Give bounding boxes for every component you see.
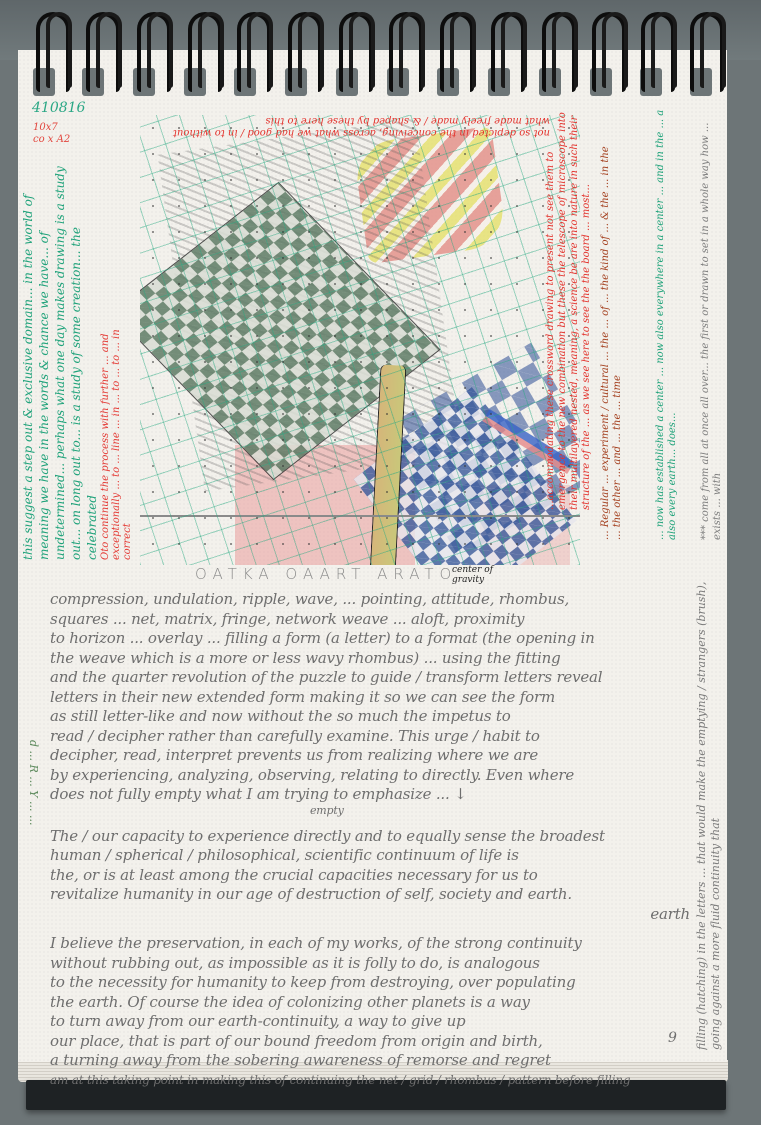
top-red-note: not so depicted in the conceiving, acros… <box>170 98 550 138</box>
text-line: to the necessity for humanity to keep fr… <box>50 973 690 993</box>
text-line: our place, that is part of our bound fre… <box>50 1032 690 1052</box>
right-red-note: ...accommodating these crossword drawing… <box>545 110 605 510</box>
right-green-note: ... now has established a center ... now… <box>655 100 695 540</box>
text-line: The / our capacity to experience directl… <box>50 827 690 847</box>
coil-ring <box>36 12 70 92</box>
text-line: compression, undulation, ripple, wave, .… <box>50 590 690 610</box>
coil-ring <box>86 12 120 92</box>
text-line: squares ... net, matrix, fringe, network… <box>50 610 690 630</box>
text-line: I believe the preservation, in each of m… <box>50 934 690 954</box>
paragraph-1: compression, undulation, ripple, wave, .… <box>50 590 690 817</box>
text-line: the weave which is a more or less wavy r… <box>50 649 690 669</box>
text-line: empty <box>50 805 690 817</box>
coil-ring <box>237 12 271 92</box>
page-number: 9 <box>668 1030 677 1046</box>
text-line: without rubbing out, as impossible as it… <box>50 954 690 974</box>
artwork-drawing <box>140 115 580 565</box>
coil-ring <box>542 12 576 92</box>
right-gray-note: *** come from all at once all over... th… <box>700 100 730 540</box>
text-line: by experiencing, analyzing, observing, r… <box>50 766 690 786</box>
coil-ring <box>288 12 322 92</box>
text-line: earth <box>50 905 690 925</box>
medium-value: co x A2 <box>33 134 70 146</box>
right-margin-pencil-note: filling (hatching) in the letters ... th… <box>695 580 731 1050</box>
coil-ring <box>690 12 724 92</box>
handwritten-text: compression, undulation, ripple, wave, .… <box>50 590 690 1100</box>
text-line: decipher, read, interpret prevents us fr… <box>50 746 690 766</box>
text-line: the earth. Of course the idea of coloniz… <box>50 993 690 1013</box>
text-line: revitalize humanity in our age of destru… <box>50 885 690 905</box>
coil-ring <box>137 12 171 92</box>
coil-ring <box>592 12 626 92</box>
coil-ring <box>389 12 423 92</box>
text-line: a turning away from the sobering awarene… <box>50 1051 690 1071</box>
text-line: as still letter-like and now without the… <box>50 707 690 727</box>
text-line: to horizon ... overlay ... filling a for… <box>50 629 690 649</box>
size-note: 10x7 co x A2 <box>33 122 70 146</box>
drawing-title: OATKA OAART ARATO <box>195 565 457 583</box>
text-line: letters in their new extended form makin… <box>50 688 690 708</box>
coil-ring <box>491 12 525 92</box>
date-note: 410816 <box>32 100 85 116</box>
left-red-note: Oto continue the process with further ..… <box>100 300 150 560</box>
center-of-gravity-label: center of gravity <box>452 565 512 585</box>
coil-ring <box>188 12 222 92</box>
size-value: 10x7 <box>33 122 70 134</box>
text-line: am at this taking point in making this o… <box>50 1071 690 1091</box>
right-brown-note: ... Regular ... experiment / cultural ..… <box>600 140 640 540</box>
text-line: the, or is at least among the crucial ca… <box>50 866 690 886</box>
text-line: human / spherical / philosophical, scien… <box>50 846 690 866</box>
left-margin-marks: d ... R ... Y ... ... <box>18 740 40 1050</box>
dot-grid <box>140 115 580 565</box>
coil-ring <box>641 12 675 92</box>
paragraph-2: The / our capacity to experience directl… <box>50 827 690 925</box>
text-line: to turn away from our earth-continuity, … <box>50 1012 690 1032</box>
text-line: does not fully empty what I am trying to… <box>50 785 690 805</box>
text-line: read / decipher rather than carefully ex… <box>50 727 690 747</box>
coil-ring <box>440 12 474 92</box>
paragraph-3: I believe the preservation, in each of m… <box>50 934 690 1090</box>
text-line: and the quarter revolution of the puzzle… <box>50 668 690 688</box>
coil-ring <box>339 12 373 92</box>
